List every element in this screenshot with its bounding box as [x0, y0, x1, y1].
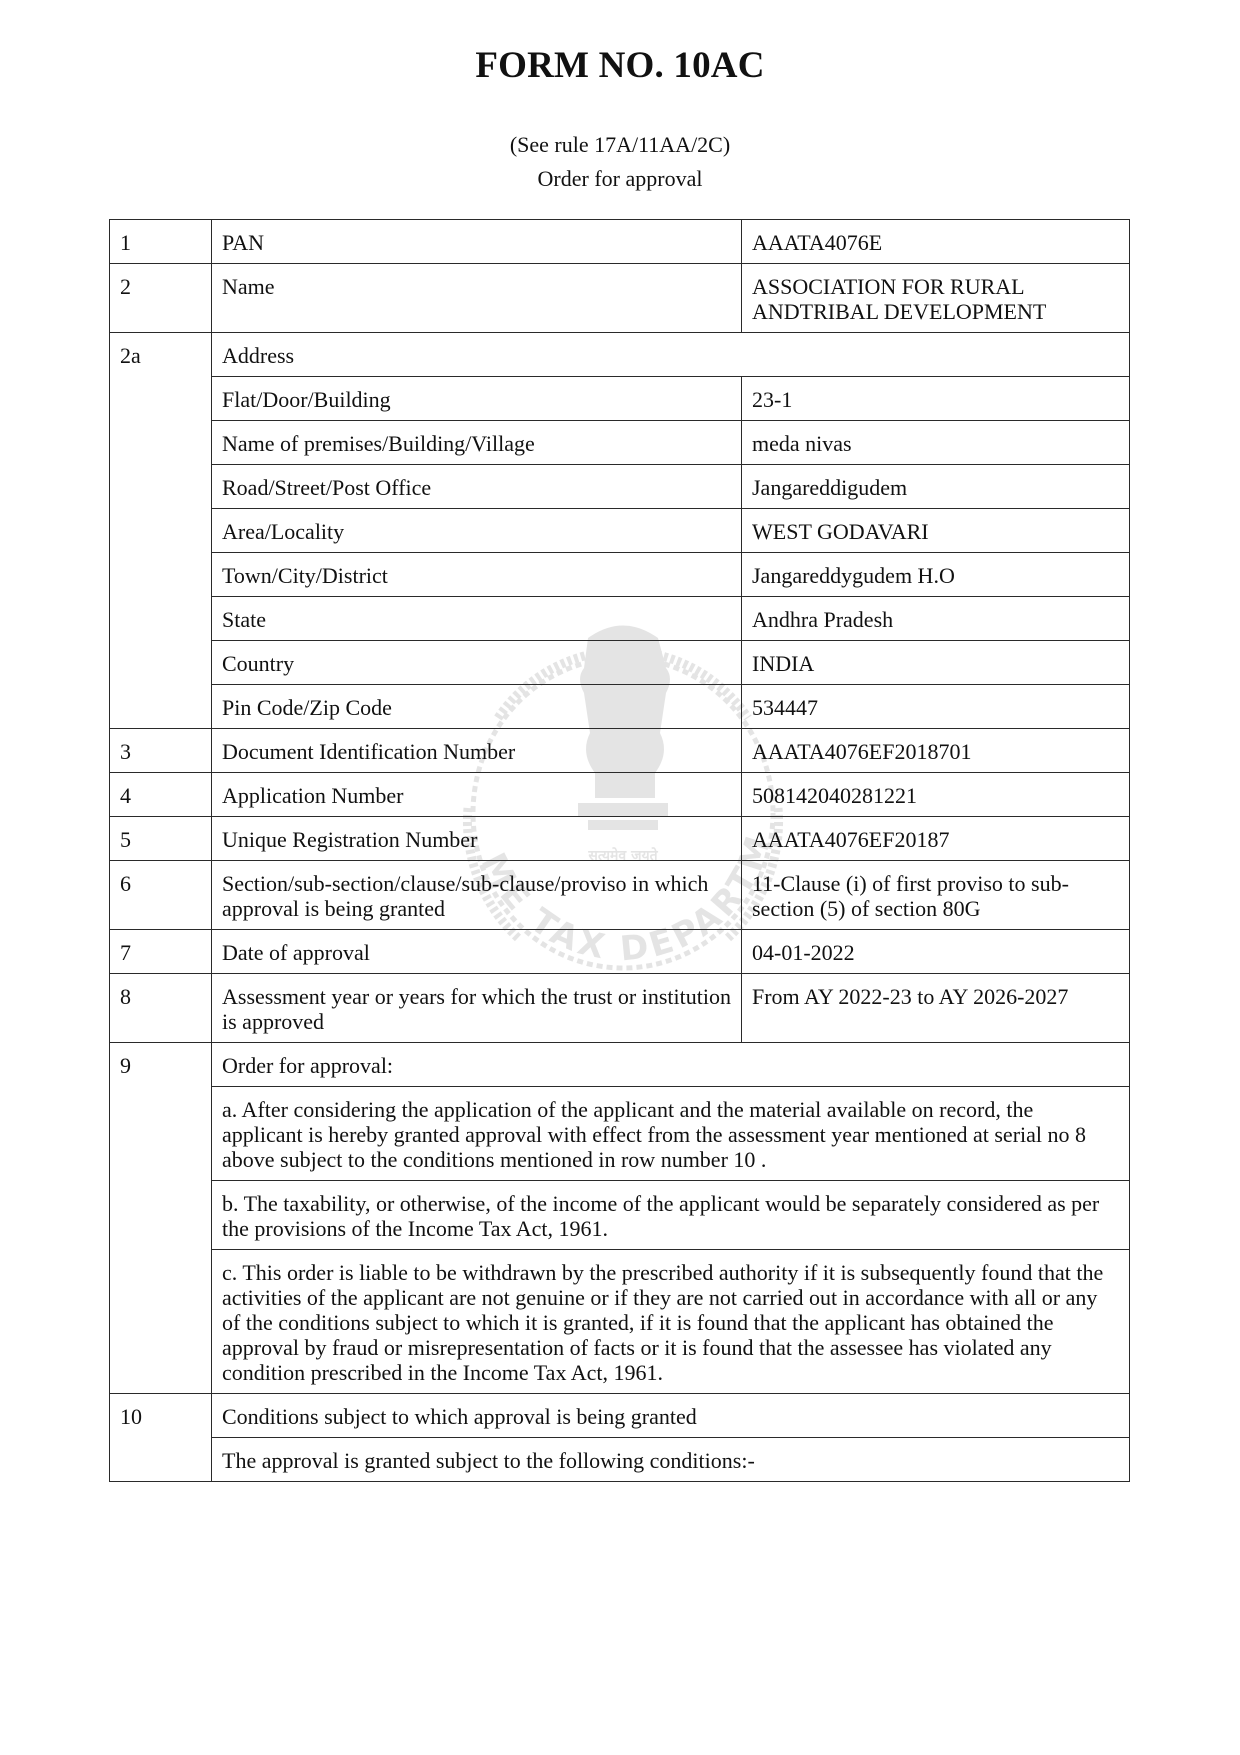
- table-row: State Andhra Pradesh: [110, 597, 1130, 641]
- form-table: 1 PAN AAATA4076E 2 Name ASSOCIATION FOR …: [109, 219, 1130, 1482]
- order-heading: Order for approval: [0, 162, 1240, 196]
- field-label: Name: [212, 264, 742, 333]
- table-row: Pin Code/Zip Code 534447: [110, 685, 1130, 729]
- table-row: 2 Name ASSOCIATION FOR RURAL ANDTRIBAL D…: [110, 264, 1130, 333]
- field-label: Date of approval: [212, 930, 742, 974]
- table-row: Town/City/District Jangareddygudem H.O: [110, 553, 1130, 597]
- serial-number: 6: [110, 861, 212, 930]
- table-row: b. The taxability, or otherwise, of the …: [110, 1181, 1130, 1250]
- serial-number: 7: [110, 930, 212, 974]
- table-row: 4 Application Number 508142040281221: [110, 773, 1130, 817]
- serial-number: 5: [110, 817, 212, 861]
- table-row: The approval is granted subject to the f…: [110, 1438, 1130, 1482]
- table-row: 6 Section/sub-section/clause/sub-clause/…: [110, 861, 1130, 930]
- serial-number: 10: [110, 1394, 212, 1482]
- table-row: 9 Order for approval:: [110, 1043, 1130, 1087]
- table-row: Road/Street/Post Office Jangareddigudem: [110, 465, 1130, 509]
- order-paragraph-b: b. The taxability, or otherwise, of the …: [212, 1181, 1130, 1250]
- rule-reference: (See rule 17A/11AA/2C): [0, 128, 1240, 162]
- order-heading-cell: Order for approval:: [212, 1043, 1130, 1087]
- order-paragraph-c: c. This order is liable to be withdrawn …: [212, 1250, 1130, 1394]
- table-row: Name of premises/Building/Village meda n…: [110, 421, 1130, 465]
- field-label: Pin Code/Zip Code: [212, 685, 742, 729]
- table-row: Flat/Door/Building 23-1: [110, 377, 1130, 421]
- field-label: Town/City/District: [212, 553, 742, 597]
- address-heading: Address: [212, 333, 1130, 377]
- table-row: 5 Unique Registration Number AAATA4076EF…: [110, 817, 1130, 861]
- field-label: Document Identification Number: [212, 729, 742, 773]
- field-label: Assessment year or years for which the t…: [212, 974, 742, 1043]
- form-subtitle: (See rule 17A/11AA/2C) Order for approva…: [0, 128, 1240, 196]
- table-row: 1 PAN AAATA4076E: [110, 220, 1130, 264]
- name-value: ASSOCIATION FOR RURAL ANDTRIBAL DEVELOPM…: [742, 264, 1130, 333]
- field-label: State: [212, 597, 742, 641]
- table-row: 2a Address: [110, 333, 1130, 377]
- table-row: Area/Locality WEST GODAVARI: [110, 509, 1130, 553]
- table-row: a. After considering the application of …: [110, 1087, 1130, 1181]
- conditions-intro: The approval is granted subject to the f…: [212, 1438, 1130, 1482]
- table-row: 8 Assessment year or years for which the…: [110, 974, 1130, 1043]
- din-value: AAATA4076EF2018701: [742, 729, 1130, 773]
- serial-number: 2a: [110, 333, 212, 729]
- country-value: INDIA: [742, 641, 1130, 685]
- premises-value: meda nivas: [742, 421, 1130, 465]
- form-title: FORM NO. 10AC: [0, 44, 1240, 87]
- pin-code-value: 534447: [742, 685, 1130, 729]
- town-city-value: Jangareddygudem H.O: [742, 553, 1130, 597]
- field-label: Road/Street/Post Office: [212, 465, 742, 509]
- urn-value: AAATA4076EF20187: [742, 817, 1130, 861]
- assessment-year-value: From AY 2022-23 to AY 2026-2027: [742, 974, 1130, 1043]
- approval-date-value: 04-01-2022: [742, 930, 1130, 974]
- field-label: PAN: [212, 220, 742, 264]
- application-number-value: 508142040281221: [742, 773, 1130, 817]
- table-row: Country INDIA: [110, 641, 1130, 685]
- conditions-heading: Conditions subject to which approval is …: [212, 1394, 1130, 1438]
- serial-number: 9: [110, 1043, 212, 1394]
- table-row: c. This order is liable to be withdrawn …: [110, 1250, 1130, 1394]
- table-row: 3 Document Identification Number AAATA40…: [110, 729, 1130, 773]
- serial-number: 2: [110, 264, 212, 333]
- field-label: Country: [212, 641, 742, 685]
- field-label: Area/Locality: [212, 509, 742, 553]
- field-label: Application Number: [212, 773, 742, 817]
- table-row: 10 Conditions subject to which approval …: [110, 1394, 1130, 1438]
- section-value: 11-Clause (i) of first proviso to sub-se…: [742, 861, 1130, 930]
- area-locality-value: WEST GODAVARI: [742, 509, 1130, 553]
- field-label: Section/sub-section/clause/sub-clause/pr…: [212, 861, 742, 930]
- field-label: Flat/Door/Building: [212, 377, 742, 421]
- serial-number: 3: [110, 729, 212, 773]
- flat-door-building-value: 23-1: [742, 377, 1130, 421]
- order-paragraph-a: a. After considering the application of …: [212, 1087, 1130, 1181]
- road-street-value: Jangareddigudem: [742, 465, 1130, 509]
- field-label: Name of premises/Building/Village: [212, 421, 742, 465]
- table-row: 7 Date of approval 04-01-2022: [110, 930, 1130, 974]
- pan-value: AAATA4076E: [742, 220, 1130, 264]
- state-value: Andhra Pradesh: [742, 597, 1130, 641]
- serial-number: 1: [110, 220, 212, 264]
- serial-number: 4: [110, 773, 212, 817]
- serial-number: 8: [110, 974, 212, 1043]
- field-label: Unique Registration Number: [212, 817, 742, 861]
